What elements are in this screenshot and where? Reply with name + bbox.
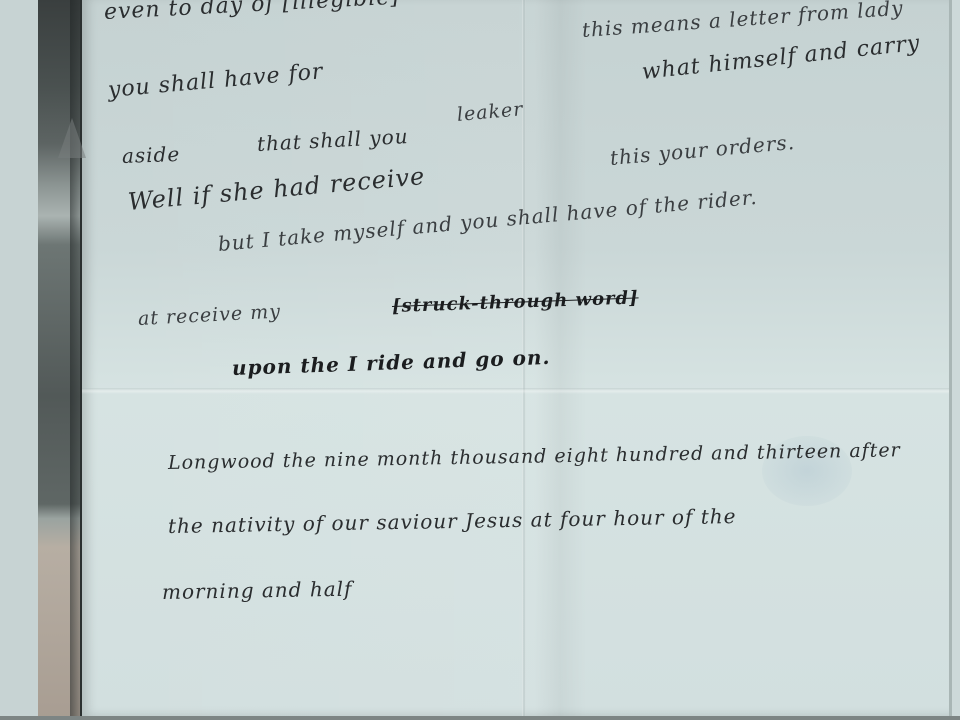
handwritten-line: you shall have for [107, 59, 324, 103]
handwritten-line: upon the I ride and go on. [232, 345, 551, 380]
handwritten-line: aside [122, 142, 181, 168]
struck-through-word: [struck-through word] [392, 287, 639, 317]
handwritten-line: the nativity of our saviour Jesus at fou… [168, 504, 737, 538]
handwritten-line: this your orders. [609, 130, 796, 170]
paper-right-edge [949, 0, 952, 720]
frame-bottom-edge [0, 716, 960, 720]
handwritten-line: at receive my [137, 301, 281, 330]
handwritten-line: leaker [456, 98, 524, 126]
handwritten-line: morning and half [162, 577, 353, 604]
handwritten-line: that shall you [256, 124, 409, 156]
handwritten-line: what himself and carry [641, 31, 922, 85]
handwritten-line: this means a letter from lady [581, 0, 904, 42]
letter-sheet: even to day of [illegible] this means a … [80, 0, 952, 716]
paper-corner-mark [58, 118, 86, 158]
horizontal-fold-crease [82, 388, 952, 394]
letter-photograph: even to day of [illegible] this means a … [0, 0, 960, 720]
handwritten-line: even to day of [illegible] [103, 0, 400, 25]
handwritten-line: Well if she had receive [127, 162, 427, 216]
